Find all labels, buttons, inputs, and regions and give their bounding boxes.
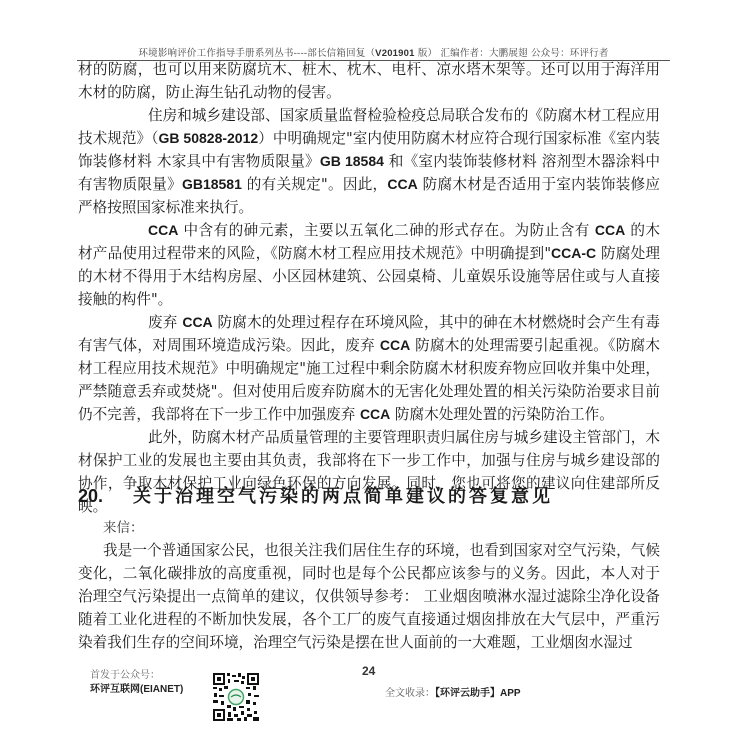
app-suffix: APP [500,688,521,699]
account-cn: 环评互联网 [90,684,140,695]
standard-code: GB 50828-2012 [159,130,259,146]
section-title: 关于治理空气污染的两点简单建议的答复意见 [133,486,553,507]
text: 的有关规定"。因此， [242,176,388,193]
footer-collection: 全文收录：【环评云助手】APP [385,684,521,699]
account-name: 环评互联网(EIANET) [90,683,183,697]
term-cca: CCA [387,176,417,192]
term-cca-c: CCA-C [551,245,596,261]
term-cca: CCA [380,337,410,353]
letter-content: 我是一个普通国家公民，也很关注我们居住生存的环境，也看到国家对空气污染，气候变化… [78,539,660,654]
term-cca: CCA [148,222,178,238]
footer-publisher: 首发于公众号： 环评互联网(EIANET) [90,669,183,697]
term-cca: CCA [360,406,390,422]
paragraph-continued: 材的防腐，也可以用来防腐坑木、桩木、枕木、电杆、凉水塔木架等。还可以用于海洋用木… [78,58,660,104]
text: 废弃 [148,314,182,331]
text: 中含有的砷元素，主要以五氧化二砷的形式存在。为防止含有 [178,222,595,239]
text: 防腐木处理处置的污染防治工作。 [390,406,614,423]
collected-label: 全文收录： [385,688,435,699]
paragraph-standards: 住房和城乡建设部、国家质量监督检验检疫总局联合发布的《防腐木材工程应用技术规范》… [78,104,660,219]
standard-code: GB 18584 [320,153,384,169]
letter-paragraph: 我是一个普通国家公民，也很关注我们居住生存的环境，也看到国家对空气污染，气候变化… [78,539,660,654]
standard-code: GB18581 [182,176,242,192]
section-heading: 20.关于治理空气污染的两点简单建议的答复意见 [78,482,553,508]
page-number: 24 [362,664,375,678]
app-name: 【环评云助手】 [435,688,500,699]
account-en: (EIANET) [140,684,183,695]
body-content: 材的防腐，也可以用来防腐坑木、桩木、枕木、电杆、凉水塔木架等。还可以用于海洋用木… [78,58,660,518]
published-label: 首发于公众号： [90,669,183,683]
section-number: 20. [78,486,133,507]
paragraph-disposal: 废弃 CCA 防腐木的处理过程存在环境风险，其中的砷在木材燃烧时会产生有毒有害气… [78,311,660,426]
term-cca: CCA [182,314,212,330]
running-header: 环境影响评价工作指导手册系列丛书----部长信箱回复（V201901 版） 汇编… [77,45,670,59]
letter-label: 来信： [103,516,144,536]
qr-code-icon [213,673,259,721]
paragraph-arsenic: CCA 中含有的砷元素，主要以五氧化二砷的形式存在。为防止含有 CCA 的木材产… [78,219,660,311]
term-cca: CCA [595,222,625,238]
